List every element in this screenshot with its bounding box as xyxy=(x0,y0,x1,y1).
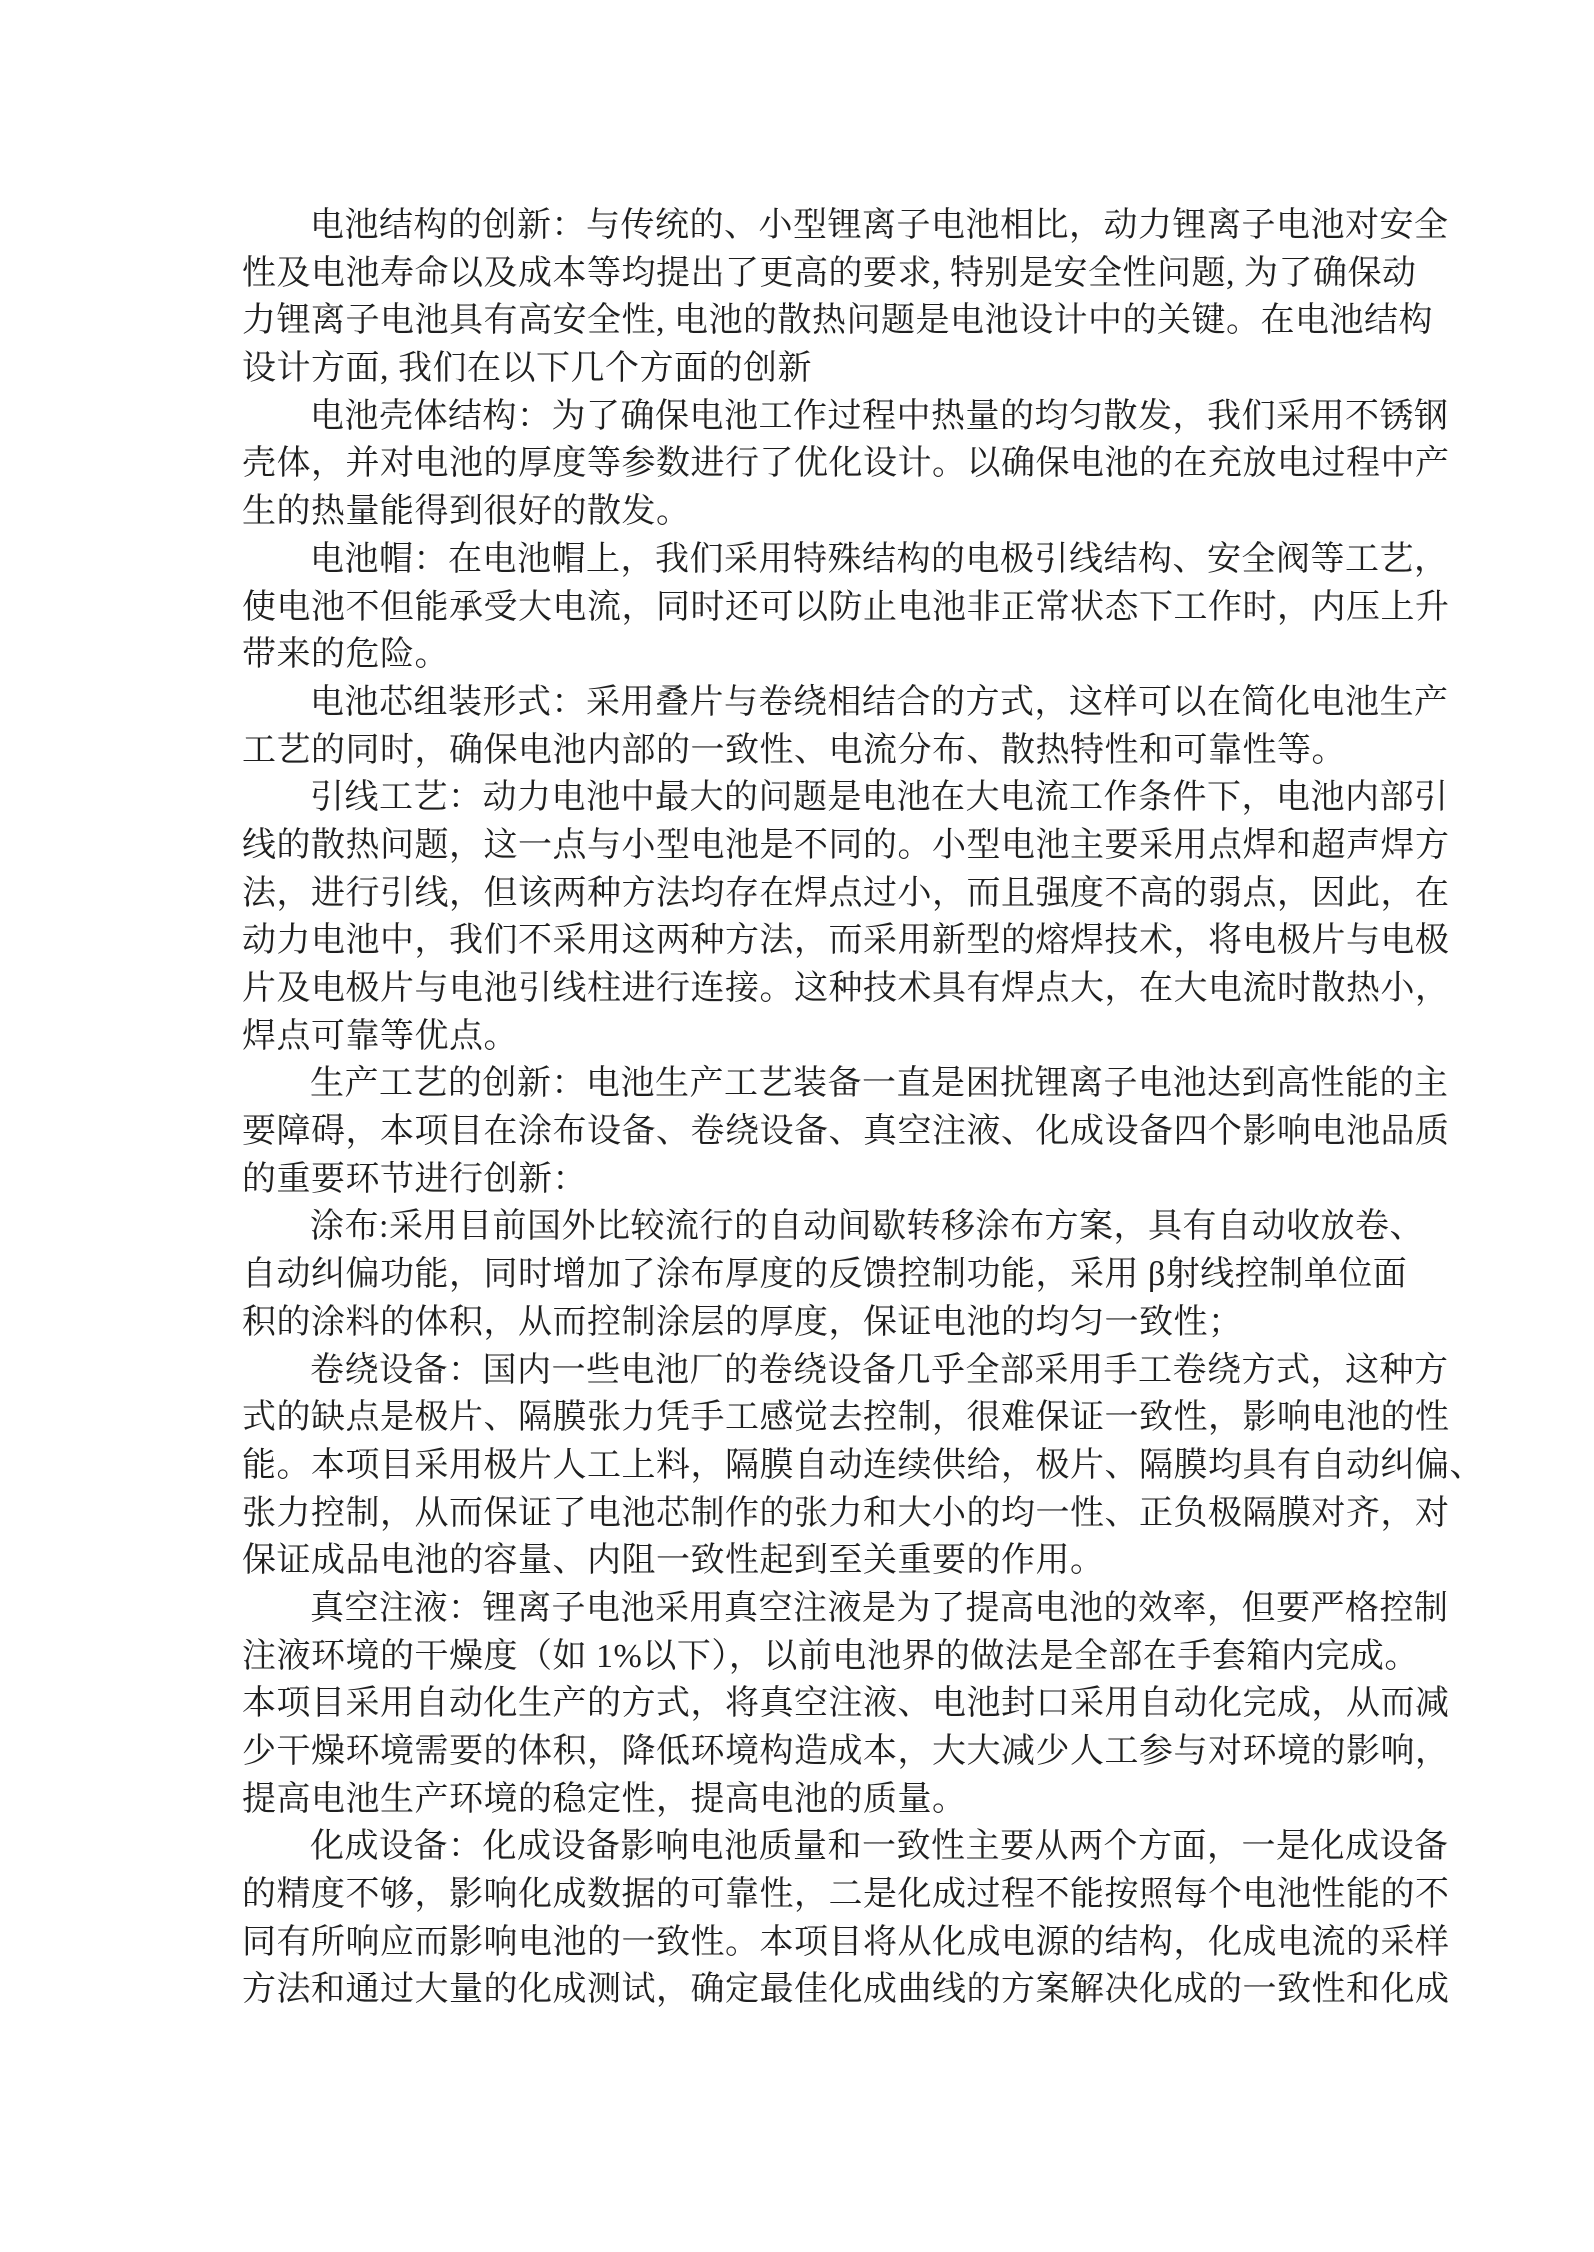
text-line: 工艺的同时，确保电池内部的一致性、电流分布、散热特性和可靠性等。 xyxy=(242,727,1452,775)
text-line: 真空注液：锂离子电池采用真空注液是为了提高电池的效率，但要严格控制 xyxy=(242,1585,1452,1633)
text-line: 提高电池生产环境的稳定性，提高电池的质量。 xyxy=(242,1776,1452,1824)
text-line: 带来的危险。 xyxy=(242,631,1452,679)
text-line: 的重要环节进行创新： xyxy=(242,1156,1452,1204)
text-line: 焊点可靠等优点。 xyxy=(242,1013,1452,1061)
text-line: 本项目采用自动化生产的方式，将真空注液、电池封口采用自动化完成，从而减 xyxy=(242,1680,1452,1728)
paragraph: 化成设备：化成设备影响电池质量和一致性主要从两个方面，一是化成设备的精度不够，影… xyxy=(242,1823,1452,2014)
paragraph: 电池结构的创新：与传统的、小型锂离子电池相比，动力锂离子电池对安全性及电池寿命以… xyxy=(242,202,1452,393)
text-line: 电池结构的创新：与传统的、小型锂离子电池相比，动力锂离子电池对安全 xyxy=(242,202,1452,250)
paragraph: 生产工艺的创新：电池生产工艺装备一直是困扰锂离子电池达到高性能的主要障碍，本项目… xyxy=(242,1060,1452,1203)
text-line: 注液环境的干燥度（如 1%以下），以前电池界的做法是全部在手套箱内完成。 xyxy=(242,1633,1452,1681)
text-line: 使电池不但能承受大电流，同时还可以防止电池非正常状态下工作时，内压上升 xyxy=(242,584,1452,632)
text-line: 法，进行引线，但该两种方法均存在焊点过小，而且强度不高的弱点，因此，在 xyxy=(242,870,1452,918)
document-page: 电池结构的创新：与传统的、小型锂离子电池相比，动力锂离子电池对安全性及电池寿命以… xyxy=(0,0,1594,2252)
text-line: 的精度不够，影响化成数据的可靠性，二是化成过程不能按照每个电池性能的不 xyxy=(242,1871,1452,1919)
text-line: 性及电池寿命以及成本等均提出了更高的要求, 特别是安全性问题, 为了确保动 xyxy=(242,250,1452,298)
text-line: 生产工艺的创新：电池生产工艺装备一直是困扰锂离子电池达到高性能的主 xyxy=(242,1060,1452,1108)
text-line: 电池壳体结构：为了确保电池工作过程中热量的均匀散发，我们采用不锈钢 xyxy=(242,393,1452,441)
text-line: 线的散热问题，这一点与小型电池是不同的。小型电池主要采用点焊和超声焊方 xyxy=(242,822,1452,870)
text-line: 引线工艺：动力电池中最大的问题是电池在大电流工作条件下，电池内部引 xyxy=(242,774,1452,822)
text-line: 涂布:采用目前国外比较流行的自动间歇转移涂布方案，具有自动收放卷、 xyxy=(242,1203,1452,1251)
text-line: 同有所响应而影响电池的一致性。本项目将从化成电源的结构，化成电流的采样 xyxy=(242,1919,1452,1967)
text-line: 电池帽：在电池帽上，我们采用特殊结构的电极引线结构、安全阀等工艺， xyxy=(242,536,1452,584)
text-line: 自动纠偏功能，同时增加了涂布厚度的反馈控制功能，采用 β射线控制单位面 xyxy=(242,1251,1452,1299)
text-line: 保证成品电池的容量、内阻一致性起到至关重要的作用。 xyxy=(242,1537,1452,1585)
text-line: 积的涂料的体积，从而控制涂层的厚度，保证电池的均匀一致性； xyxy=(242,1299,1452,1347)
text-line: 方法和通过大量的化成测试，确定最佳化成曲线的方案解决化成的一致性和化成 xyxy=(242,1966,1452,2014)
paragraph: 电池壳体结构：为了确保电池工作过程中热量的均匀散发，我们采用不锈钢壳体，并对电池… xyxy=(242,393,1452,536)
paragraph: 真空注液：锂离子电池采用真空注液是为了提高电池的效率，但要严格控制注液环境的干燥… xyxy=(242,1585,1452,1823)
paragraph: 引线工艺：动力电池中最大的问题是电池在大电流工作条件下，电池内部引线的散热问题，… xyxy=(242,774,1452,1060)
text-line: 片及电极片与电池引线柱进行连接。这种技术具有焊点大，在大电流时散热小， xyxy=(242,965,1452,1013)
text-line: 生的热量能得到很好的散发。 xyxy=(242,488,1452,536)
paragraph: 涂布:采用目前国外比较流行的自动间歇转移涂布方案，具有自动收放卷、自动纠偏功能，… xyxy=(242,1203,1452,1346)
text-line: 壳体，并对电池的厚度等参数进行了优化设计。以确保电池的在充放电过程中产 xyxy=(242,440,1452,488)
text-block: 电池结构的创新：与传统的、小型锂离子电池相比，动力锂离子电池对安全性及电池寿命以… xyxy=(242,202,1452,2014)
text-line: 张力控制，从而保证了电池芯制作的张力和大小的均一性、正负极隔膜对齐，对 xyxy=(242,1490,1452,1538)
paragraph: 电池芯组装形式：采用叠片与卷绕相结合的方式，这样可以在简化电池生产工艺的同时，确… xyxy=(242,679,1452,774)
paragraph: 卷绕设备：国内一些电池厂的卷绕设备几乎全部采用手工卷绕方式，这种方式的缺点是极片… xyxy=(242,1347,1452,1585)
text-line: 力锂离子电池具有高安全性, 电池的散热问题是电池设计中的关键。在电池结构 xyxy=(242,297,1452,345)
text-line: 动力电池中，我们不采用这两种方法，而采用新型的熔焊技术，将电极片与电极 xyxy=(242,917,1452,965)
text-line: 式的缺点是极片、隔膜张力凭手工感觉去控制，很难保证一致性，影响电池的性 xyxy=(242,1394,1452,1442)
text-line: 能。本项目采用极片人工上料，隔膜自动连续供给，极片、隔膜均具有自动纠偏、 xyxy=(242,1442,1452,1490)
paragraph: 电池帽：在电池帽上，我们采用特殊结构的电极引线结构、安全阀等工艺，使电池不但能承… xyxy=(242,536,1452,679)
text-line: 化成设备：化成设备影响电池质量和一致性主要从两个方面，一是化成设备 xyxy=(242,1823,1452,1871)
text-line: 设计方面, 我们在以下几个方面的创新 xyxy=(242,345,1452,393)
text-line: 电池芯组装形式：采用叠片与卷绕相结合的方式，这样可以在简化电池生产 xyxy=(242,679,1452,727)
text-line: 卷绕设备：国内一些电池厂的卷绕设备几乎全部采用手工卷绕方式，这种方 xyxy=(242,1347,1452,1395)
text-line: 少干燥环境需要的体积，降低环境构造成本，大大减少人工参与对环境的影响， xyxy=(242,1728,1452,1776)
text-line: 要障碍，本项目在涂布设备、卷绕设备、真空注液、化成设备四个影响电池品质 xyxy=(242,1108,1452,1156)
